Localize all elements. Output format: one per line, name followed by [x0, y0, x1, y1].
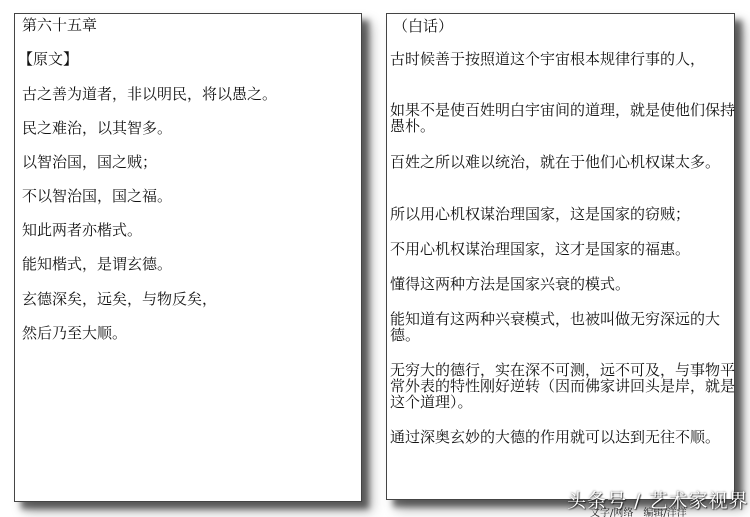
- translation-paragraph: 懂得这两种方法是国家兴衰的模式。: [390, 276, 735, 292]
- vernacular-translation-page: （白话） 古时候善于按照道这个宇宙根本规律行事的人， 如果不是使百姓明白宇宙间的…: [386, 13, 735, 500]
- translation-paragraph: 不用心机权谋治理国家，这才是国家的福惠。: [390, 241, 735, 257]
- original-text-page: 第六十五章 【原文】 古之善为道者，非以明民，将以愚之。 民之难治，以其智多。 …: [14, 13, 362, 502]
- original-line: 不以智治国，国之福。: [22, 188, 172, 205]
- original-line: 然后乃至大顺。: [22, 325, 127, 342]
- original-text-label: 【原文】: [18, 51, 78, 68]
- original-line: 以智治国，国之贼；: [22, 154, 157, 171]
- translation-paragraph: 所以用心机权谋治理国家，这是国家的窃贼；: [390, 206, 735, 222]
- translation-paragraph: 无穷大的德行，实在深不可测，远不可及，与事物平常外表的特性刚好逆转（因而佛家讲回…: [390, 362, 735, 410]
- original-line: 能知楷式，是谓玄德。: [22, 256, 172, 273]
- translation-paragraph: 如果不是使百姓明白宇宙间的道理，就是使他们保持愚朴。: [390, 102, 735, 134]
- original-line: 民之难治，以其智多。: [22, 120, 172, 137]
- original-line: 玄德深矣，远矣，与物反矣，: [22, 291, 217, 308]
- watermark: 头条号 / 艺术家视界: [567, 486, 748, 513]
- chapter-title: 第六十五章: [22, 17, 97, 34]
- translation-paragraph: 百姓之所以难以统治，就在于他们心机权谋太多。: [390, 154, 735, 170]
- vernacular-label: （白话）: [393, 18, 738, 34]
- original-line: 知此两者亦楷式。: [22, 222, 142, 239]
- original-line: 古之善为道者，非以明民，将以愚之。: [22, 86, 277, 103]
- translation-paragraph: 能知道有这两种兴衰模式，也被叫做无穷深远的大德。: [390, 311, 735, 343]
- translation-paragraph: 古时候善于按照道这个宇宙根本规律行事的人，: [390, 51, 735, 67]
- translation-paragraph: 通过深奥玄妙的大德的作用就可以达到无往不顺。: [390, 429, 735, 445]
